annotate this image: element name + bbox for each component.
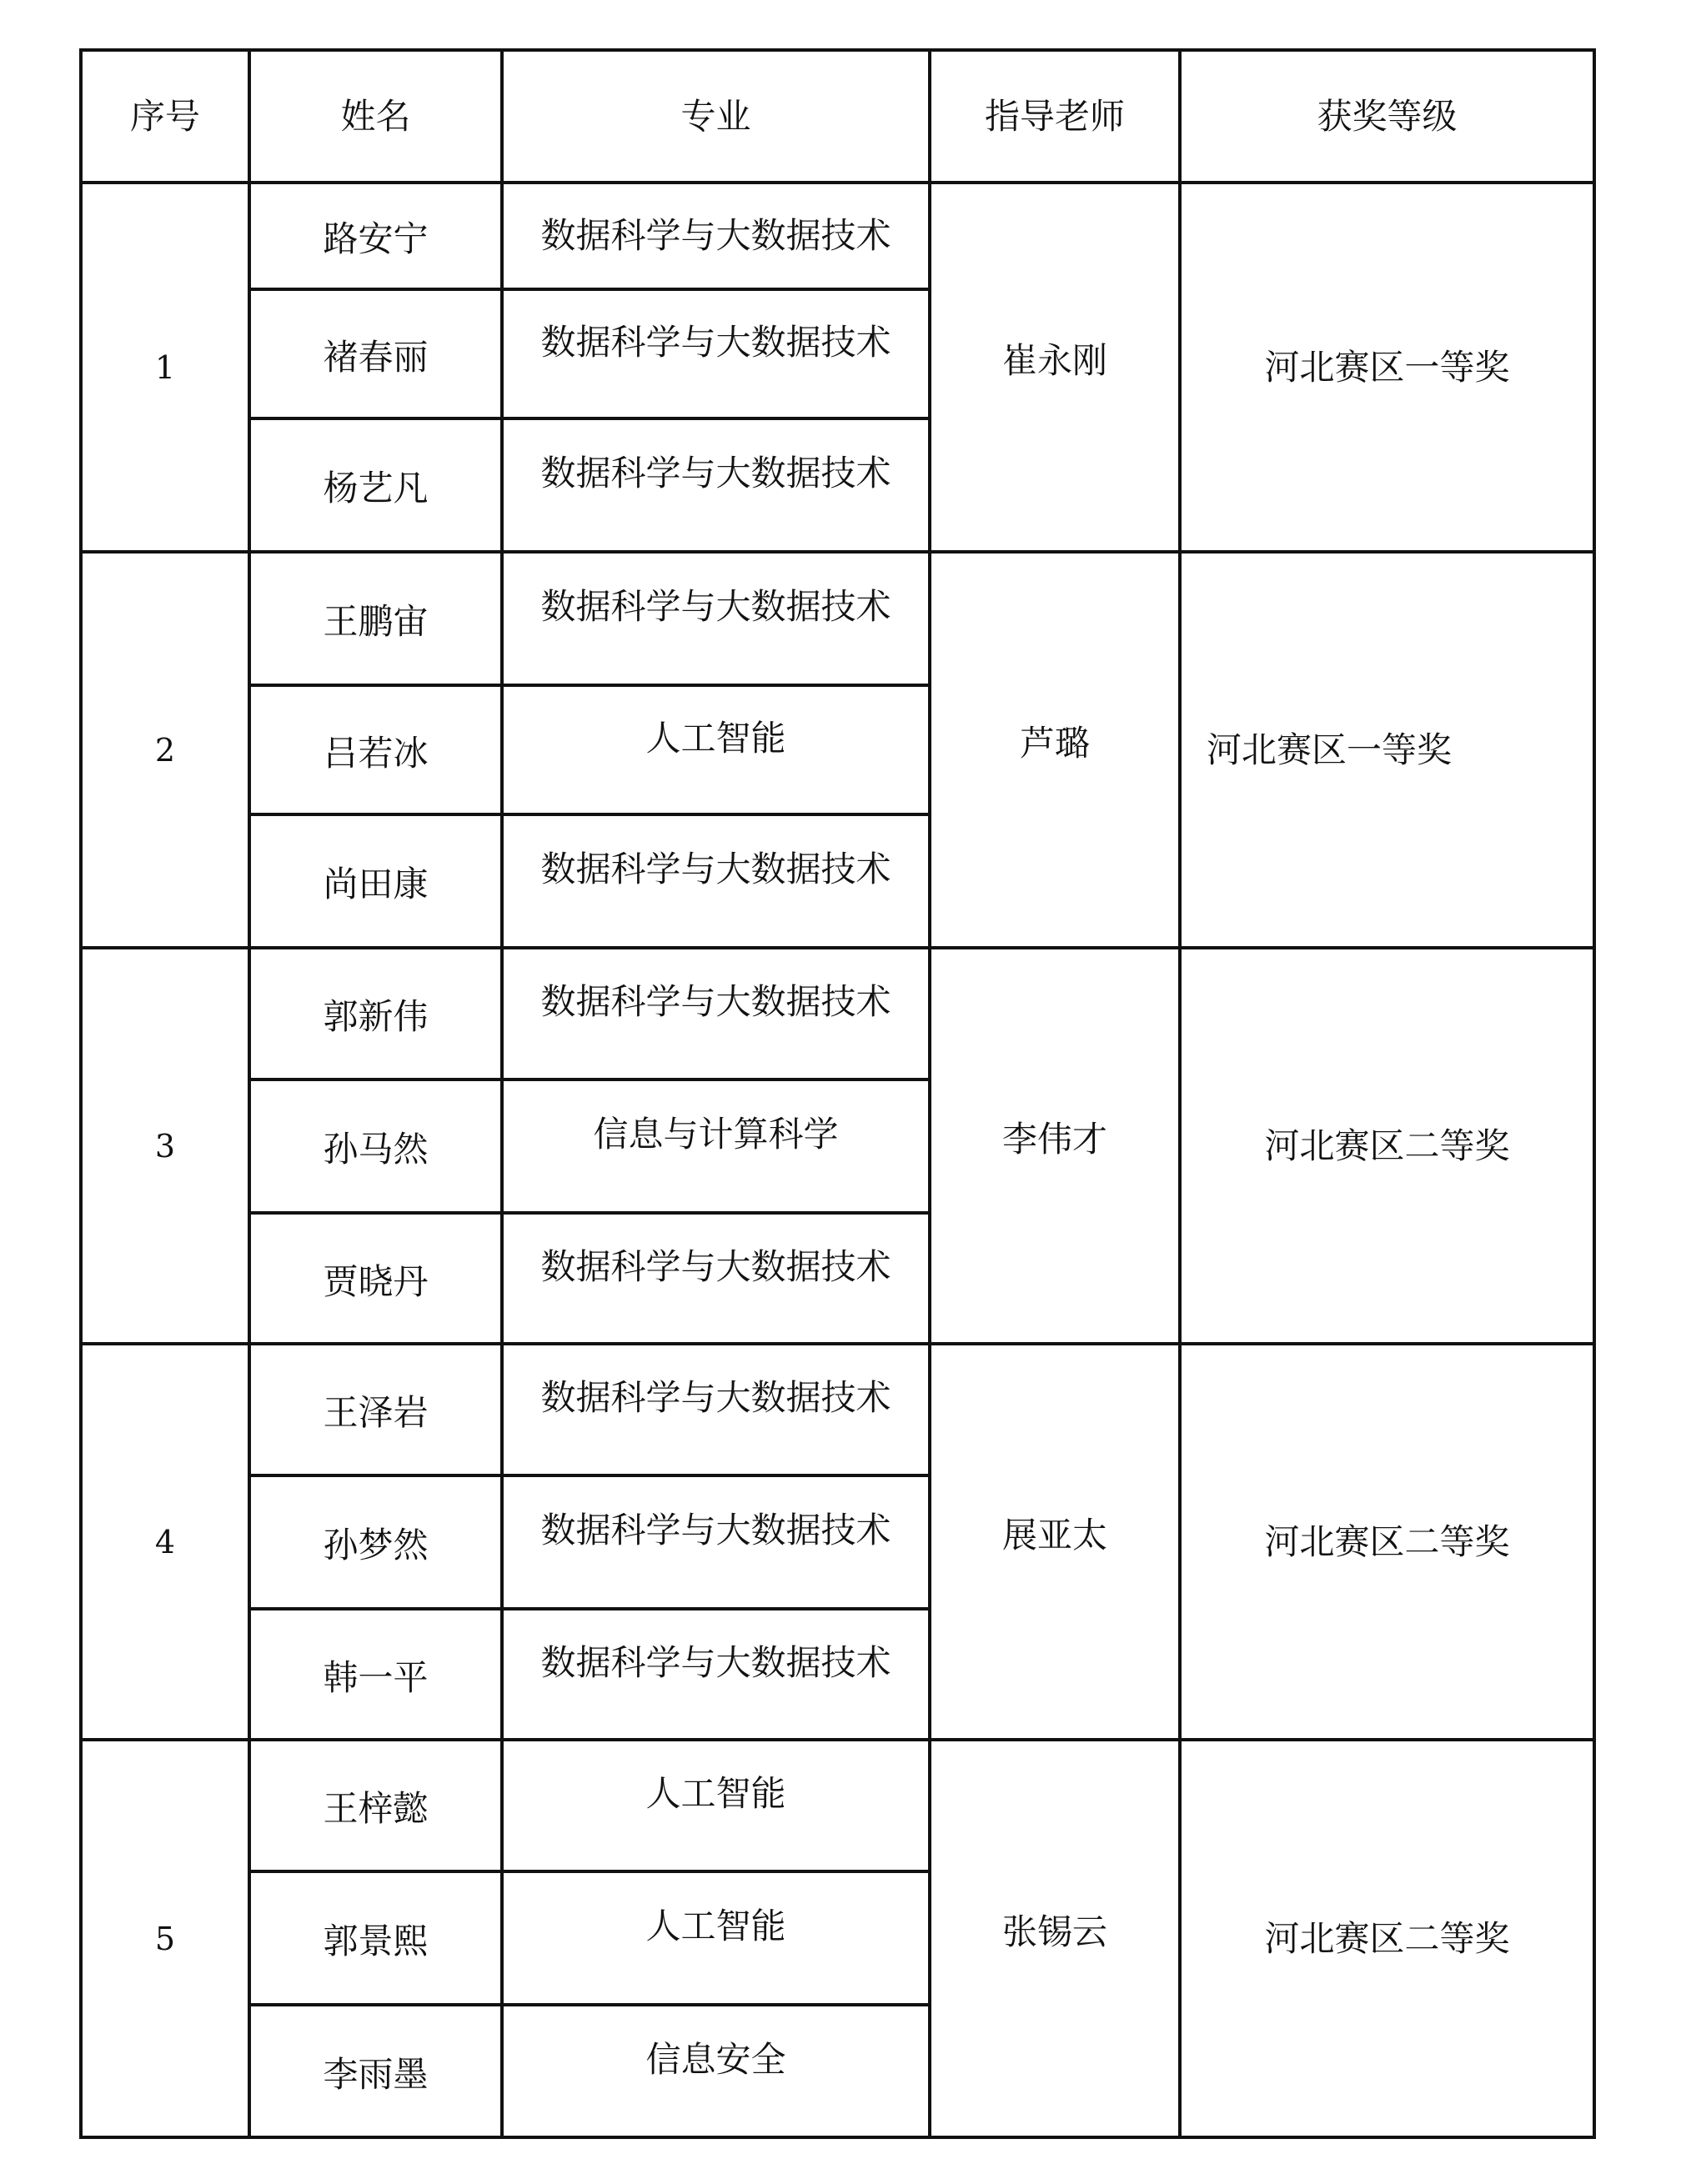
award-level: 河北赛区一等奖	[1178, 550, 1596, 949]
student-major: 信息安全	[500, 2003, 931, 2139]
student-name-text: 郭新伟	[323, 999, 428, 1034]
advisor-teacher-text: 李伟才	[1002, 1122, 1107, 1157]
award-level-text: 河北赛区二等奖	[1264, 1129, 1509, 1164]
student-major: 人工智能	[500, 1870, 931, 2006]
student-major: 信息与计算科学	[500, 1078, 931, 1215]
advisor-teacher-text: 崔永刚	[1002, 343, 1107, 378]
student-major: 数据科学与大数据技术	[500, 417, 931, 554]
award-level: 河北赛区二等奖	[1178, 1738, 1596, 2139]
group-seq-number-text: 2	[155, 734, 175, 766]
advisor-teacher: 李伟才	[928, 946, 1182, 1345]
student-name: 郭新伟	[248, 946, 504, 1081]
student-major-text: 人工智能	[645, 1909, 785, 1944]
advisor-teacher-text: 芦璐	[1020, 726, 1090, 761]
student-major-text: 信息与计算科学	[593, 1117, 838, 1152]
student-major: 数据科学与大数据技术	[500, 813, 931, 949]
student-name: 吕若冰	[248, 684, 504, 816]
student-major-text: 数据科学与大数据技术	[540, 1513, 891, 1548]
student-name: 尚田康	[248, 813, 504, 949]
student-major-text: 数据科学与大数据技术	[540, 1380, 891, 1415]
student-name: 王梓懿	[248, 1738, 504, 1873]
student-name-text: 韩一平	[323, 1661, 428, 1696]
student-name-text: 王泽岩	[323, 1395, 428, 1430]
student-name-text: 尚田康	[323, 867, 428, 902]
student-major-text: 数据科学与大数据技术	[540, 456, 891, 491]
student-major-text: 数据科学与大数据技术	[540, 852, 891, 887]
advisor-teacher-text: 张锡云	[1002, 1915, 1107, 1950]
header-teacher-text: 指导老师	[985, 99, 1125, 134]
advisor-teacher: 崔永刚	[928, 181, 1182, 554]
student-major-text: 数据科学与大数据技术	[540, 1646, 891, 1681]
student-major: 数据科学与大数据技术	[500, 181, 931, 291]
student-name-text: 吕若冰	[323, 736, 428, 771]
header-name: 姓名	[248, 48, 504, 184]
student-name-text: 郭景熙	[323, 1924, 428, 1959]
student-name: 杨艺凡	[248, 417, 504, 554]
student-name: 郭景熙	[248, 1870, 504, 2006]
award-level-text: 河北赛区一等奖	[1207, 733, 1452, 768]
student-name: 路安宁	[248, 181, 504, 291]
student-name: 孙梦然	[248, 1474, 504, 1610]
student-name: 王泽岩	[248, 1342, 504, 1477]
student-name-text: 路安宁	[323, 222, 428, 257]
student-name-text: 孙马然	[323, 1132, 428, 1167]
student-major-text: 数据科学与大数据技术	[540, 218, 891, 253]
student-name: 孙马然	[248, 1078, 504, 1215]
student-major-text: 数据科学与大数据技术	[540, 984, 891, 1019]
header-award: 获奖等级	[1178, 48, 1596, 184]
header-name-text: 姓名	[340, 99, 410, 134]
header-award-text: 获奖等级	[1317, 99, 1457, 134]
student-major: 数据科学与大数据技术	[500, 1607, 931, 1741]
student-major-text: 数据科学与大数据技术	[540, 325, 891, 360]
student-major-text: 数据科学与大数据技术	[540, 589, 891, 624]
student-name: 褚春丽	[248, 288, 504, 420]
advisor-teacher-text: 展亚太	[1002, 1518, 1107, 1553]
student-major: 数据科学与大数据技术	[500, 1211, 931, 1345]
student-name: 韩一平	[248, 1607, 504, 1741]
student-name-text: 王梓懿	[323, 1791, 428, 1826]
advisor-teacher: 展亚太	[928, 1342, 1182, 1741]
group-seq-number: 3	[79, 946, 251, 1345]
award-level: 河北赛区二等奖	[1178, 946, 1596, 1345]
award-level-text: 河北赛区二等奖	[1264, 1525, 1509, 1560]
student-name-text: 李雨墨	[323, 2057, 428, 2092]
award-level: 河北赛区二等奖	[1178, 1342, 1596, 1741]
group-seq-number-text: 1	[155, 352, 175, 383]
header-seq: 序号	[79, 48, 251, 184]
student-name: 王鹏宙	[248, 550, 504, 687]
student-name-text: 褚春丽	[323, 340, 428, 375]
student-name: 李雨墨	[248, 2003, 504, 2139]
student-major: 数据科学与大数据技术	[500, 288, 931, 420]
award-level-text: 河北赛区一等奖	[1264, 350, 1509, 385]
student-name-text: 王鹏宙	[323, 604, 428, 639]
student-name-text: 贾晓丹	[323, 1265, 428, 1300]
header-teacher: 指导老师	[928, 48, 1182, 184]
student-name-text: 杨艺凡	[323, 471, 428, 506]
student-major: 数据科学与大数据技术	[500, 1342, 931, 1477]
group-seq-number: 2	[79, 550, 251, 949]
group-seq-number: 1	[79, 181, 251, 554]
student-major-text: 人工智能	[645, 721, 785, 756]
student-major-text: 数据科学与大数据技术	[540, 1250, 891, 1285]
student-major: 人工智能	[500, 684, 931, 816]
header-major: 专业	[500, 48, 931, 184]
header-major-text: 专业	[680, 99, 750, 134]
advisor-teacher: 芦璐	[928, 550, 1182, 949]
student-major-text: 信息安全	[645, 2042, 785, 2077]
student-major-text: 人工智能	[645, 1776, 785, 1811]
group-seq-number-text: 5	[155, 1923, 175, 1955]
student-major: 人工智能	[500, 1738, 931, 1873]
student-major: 数据科学与大数据技术	[500, 550, 931, 687]
student-name-text: 孙梦然	[323, 1528, 428, 1563]
group-seq-number-text: 3	[155, 1130, 175, 1162]
award-table: 序号姓名专业指导老师获奖等级1路安宁数据科学与大数据技术褚春丽数据科学与大数据技…	[0, 0, 1681, 2184]
student-major: 数据科学与大数据技术	[500, 1474, 931, 1610]
student-major: 数据科学与大数据技术	[500, 946, 931, 1081]
group-seq-number: 4	[79, 1342, 251, 1741]
award-level-text: 河北赛区二等奖	[1264, 1921, 1509, 1956]
group-seq-number-text: 4	[155, 1526, 175, 1558]
group-seq-number: 5	[79, 1738, 251, 2139]
student-name: 贾晓丹	[248, 1211, 504, 1345]
award-level: 河北赛区一等奖	[1178, 181, 1596, 554]
header-seq-text: 序号	[130, 99, 200, 134]
advisor-teacher: 张锡云	[928, 1738, 1182, 2139]
